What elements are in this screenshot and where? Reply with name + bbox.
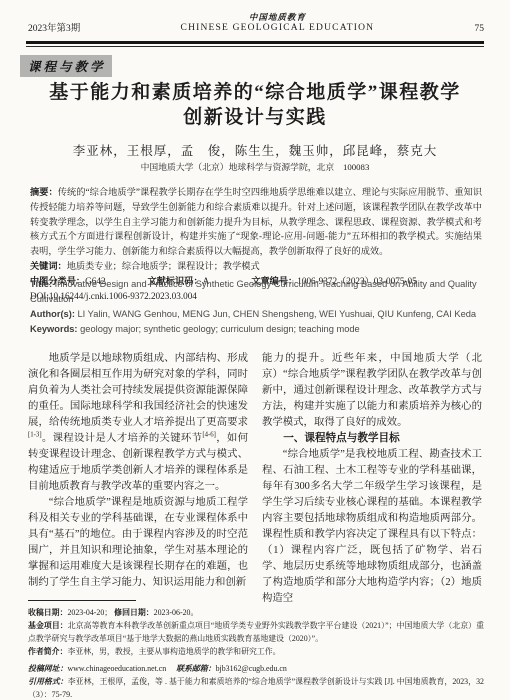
- english-keywords-text: geology major; synthetic geology; curric…: [80, 324, 360, 334]
- article-title-line1: 基于能力和素质培养的“综合地质学”课程教学: [20, 80, 490, 105]
- article-title-line2: 创新设计与实践: [20, 105, 490, 130]
- english-title: Title: Innovative Design and Practice of…: [30, 277, 482, 307]
- paragraph-text: 地质学是以地球物质组成、内部结构、形成演化和各圈层相互作用为研究对象的学科，同时…: [28, 353, 248, 428]
- site-label: 投稿网址：: [28, 664, 67, 673]
- fund-line: 基金项目：北京高等教育本科教学改革创新重点项目“地质学类专业野外实践教学数字平台…: [28, 619, 484, 645]
- email-address: bjb3162@cugb.edu.cn: [216, 664, 287, 673]
- english-keywords: Keywords: geology major; synthetic geolo…: [30, 322, 482, 337]
- keywords-text: 地质类专业；综合地质学；课程设计；教学模式: [67, 261, 260, 271]
- issue-label: 2023年第3期: [28, 20, 80, 35]
- journal-page: 2023年第3期 中国地质教育 CHINESE GEOLOGICAL EDUCA…: [0, 0, 510, 700]
- footnote-rule: [28, 600, 136, 601]
- citation-ref: [4-6]: [202, 432, 216, 439]
- citation-text: 李亚林，王根厚，孟俊，等 . 基于能力和素质培养的“综合地质学”课程教学创新设计…: [28, 677, 484, 699]
- contact-line: 投稿网址：www.chinageoeducation.net.cn 联系邮箱：b…: [28, 662, 484, 675]
- paragraph-text: 。课程设计是人才培养的关键环节: [42, 433, 203, 444]
- bio-line: 作者简介：李亚林，男，教授，主要从事构造地质学的教学和研究工作。: [28, 645, 484, 658]
- english-title-text: Innovative Design and Practice of Synthe…: [30, 279, 477, 304]
- journal-title-cn: 中国地质教育: [181, 12, 375, 23]
- paragraph: 能力的提升。近些年来，中国地质大学（北京）“综合地质学”课程教学团队在教学改革与…: [262, 351, 482, 431]
- journal-title-en: CHINESE GEOLOGICAL EDUCATION: [181, 23, 375, 35]
- bio-label: 作者简介：: [28, 647, 67, 656]
- article-title: 基于能力和素质培养的“综合地质学”课程教学 创新设计与实践: [20, 80, 490, 130]
- dates-line: 收稿日期：2023-04-20； 修回日期：2023-06-20。: [28, 606, 484, 619]
- english-authors-text: LI Yalin, WANG Genhou, MENG Jun, CHEN Sh…: [78, 309, 477, 319]
- abstract-label: 摘要：: [30, 187, 58, 197]
- english-title-label: Title:: [30, 279, 55, 289]
- section-heading: 一、课程特点与教学目标: [262, 431, 482, 447]
- email-label: 联系邮箱：: [176, 664, 215, 673]
- english-authors: Author(s): LI Yalin, WANG Genhou, MENG J…: [30, 307, 482, 322]
- revised-date: 2023-06-20。: [154, 608, 199, 617]
- citation-line: 引用格式：李亚林，王根厚，孟俊，等 . 基于能力和素质培养的“综合地质学”课程教…: [28, 675, 484, 700]
- abstract: 摘要：传统的“综合地质学”课程教学长期存在学生时空四维地质学思维难以建立、理论与…: [30, 185, 482, 259]
- left-column: 地质学是以地球物质组成、内部结构、形成演化和各圈层相互作用为研究对象的学科，同时…: [28, 351, 248, 607]
- keywords: 关键词：地质类专业；综合地质学；课程设计；教学模式: [30, 259, 482, 274]
- english-keywords-label: Keywords:: [30, 324, 80, 334]
- header-rule-thin: [26, 46, 484, 47]
- footnotes: 收稿日期：2023-04-20； 修回日期：2023-06-20。 基金项目：北…: [28, 606, 484, 700]
- english-meta: Title: Innovative Design and Practice of…: [30, 277, 482, 337]
- right-column: 能力的提升。近些年来，中国地质大学（北京）“综合地质学”课程教学团队在教学改革与…: [262, 351, 482, 607]
- journal-title: 中国地质教育 CHINESE GEOLOGICAL EDUCATION: [181, 12, 375, 35]
- received-date: 2023-04-20；: [67, 608, 112, 617]
- column-tag: 课程与教学: [20, 55, 112, 77]
- paragraph: “综合地质学”是我校地质工程、勘查技术工程、石油工程、土木工程等专业的学科基础课…: [262, 447, 482, 607]
- received-label: 收稿日期：: [28, 608, 67, 617]
- fund-label: 基金项目：: [28, 621, 68, 630]
- header-rule-thick: [26, 41, 484, 44]
- site-url: www.chinageoeducation.net.cn: [67, 664, 166, 673]
- running-head: 2023年第3期 中国地质教育 CHINESE GEOLOGICAL EDUCA…: [28, 12, 484, 35]
- keywords-label: 关键词：: [30, 261, 67, 271]
- abstract-text: 传统的“综合地质学”课程教学长期存在学生时空四维地质学思维难以建立、理论与实际应…: [30, 187, 482, 256]
- revised-label: 修回日期：: [114, 608, 153, 617]
- body-columns: 地质学是以地球物质组成、内部结构、形成演化和各圈层相互作用为研究对象的学科，同时…: [28, 351, 482, 607]
- bio-text: 李亚林，男，教授，主要从事构造地质学的教学和研究工作。: [67, 647, 280, 656]
- citation-label: 引用格式：: [28, 677, 68, 686]
- citation-ref: [1-3]: [28, 432, 42, 439]
- affiliation: 中国地质大学（北京）地球科学与资源学院，北京 100083: [20, 160, 490, 173]
- fund-text: 北京高等教育本科教学改革创新重点项目“地质学类专业野外实践教学数字平台建设（20…: [28, 621, 484, 643]
- author-list: 李亚林，王根厚，孟 俊，陈生生，魏玉帅，邱昆峰，蔡克大: [20, 141, 490, 159]
- english-authors-label: Author(s):: [30, 309, 78, 319]
- paragraph: “综合地质学”课程是地质资源与地质工程学科及相关专业的学科基础课，在专业课程体系…: [28, 495, 248, 591]
- paragraph: 地质学是以地球物质组成、内部结构、形成演化和各圈层相互作用为研究对象的学科，同时…: [28, 351, 248, 495]
- page-number: 75: [474, 24, 484, 35]
